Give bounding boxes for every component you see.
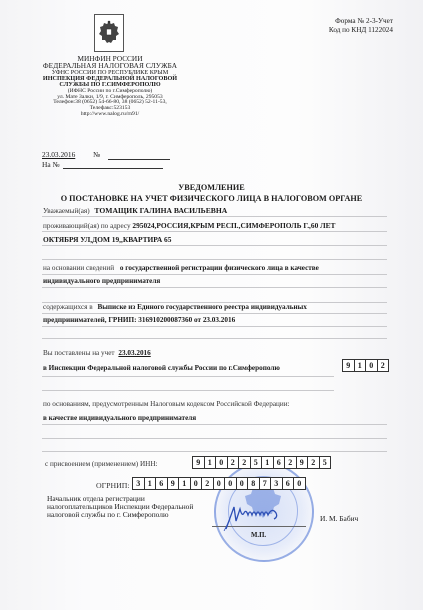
knd-code: Код по КНД 1122024 — [318, 26, 393, 35]
ogrnip-digit: 2 — [202, 478, 214, 489]
form-info: Форма № 2-3-Учет Код по КНД 1122024 — [318, 17, 393, 35]
signature-icon — [222, 503, 302, 531]
signatory-name: И. М. Бабич — [320, 514, 358, 523]
code-digit: 9 — [343, 360, 355, 371]
ogrnip-digit: 0 — [294, 478, 305, 489]
address-value-line1: 295024,РОССИЯ,КРЫМ РЕСП.,СИМФЕРОПОЛЬ Г.,… — [132, 221, 335, 230]
ogrnip-digit: 0 — [225, 478, 237, 489]
organization-header: МИНФИН РОССИИ ФЕДЕРАЛЬНАЯ НАЛОГОВАЯ СЛУЖ… — [36, 55, 184, 118]
registration-authority: в Инспекции Федеральной налоговой службы… — [43, 364, 280, 372]
inn-digit: 2 — [228, 457, 240, 468]
divider — [42, 451, 387, 452]
basis-value-line1: о государственной регистрации физическог… — [120, 264, 319, 272]
title-line1: УВЕДОМЛЕНИЕ — [0, 182, 423, 193]
source-value-line1: Выписке из Единого государственного реес… — [97, 303, 306, 311]
document-page: Форма № 2-3-Учет Код по КНД 1122024 МИНФ… — [0, 0, 423, 610]
registration-date: 23.03.2016 — [118, 349, 150, 357]
signatory-title: Начальник отдела регистрации налогоплате… — [47, 495, 193, 520]
basis-label: на основании сведений — [43, 264, 114, 272]
divider — [42, 245, 387, 246]
source-line1: содержащихся в Выписке из Единого госуда… — [43, 303, 307, 311]
basis-value-line2: индивидуального предпринимателя — [43, 277, 160, 285]
inn-digit: 6 — [274, 457, 286, 468]
form-number: Форма № 2-3-Учет — [318, 17, 393, 26]
divider — [42, 326, 387, 327]
address-value-line2: ОКТЯБРЯ УЛ,ДОМ 19,,КВАРТИРА 65 — [43, 235, 171, 244]
ogrnip-digit: 1 — [179, 478, 191, 489]
divider — [42, 338, 387, 339]
reference-block: 23.03.2016 № На № — [42, 150, 170, 169]
ogrnip-digit: 9 — [168, 478, 180, 489]
inn-digit: 2 — [285, 457, 297, 468]
document-title: УВЕДОМЛЕНИЕ О ПОСТАНОВКЕ НА УЧЕТ ФИЗИЧЕС… — [0, 182, 423, 204]
ogrnip-digit: 1 — [145, 478, 157, 489]
ogrnip-digit: 6 — [283, 478, 295, 489]
recipient-name: ТОМАЩИК ГАЛИНА ВАСИЛЬЕВНА — [94, 206, 227, 215]
title-line2: О ПОСТАНОВКЕ НА УЧЕТ ФИЗИЧЕСКОГО ЛИЦА В … — [0, 193, 423, 204]
inn-digit: 9 — [193, 457, 205, 468]
divider — [42, 259, 387, 260]
ogrnip-label: ОГРНИП: — [96, 481, 130, 490]
address-label: проживающий(ая) по адресу — [43, 222, 131, 230]
divider — [42, 231, 387, 232]
inn-digit: 2 — [308, 457, 320, 468]
ogrnip-boxes: 3 1 6 9 1 0 2 0 0 0 8 7 3 6 0 — [132, 477, 306, 490]
source-label: содержащихся в — [43, 303, 93, 311]
code-digit: 2 — [378, 360, 389, 371]
recipient-line: Уважаемый(ая) ТОМАЩИК ГАЛИНА ВАСИЛЬЕВНА — [43, 206, 227, 215]
code-digit: 0 — [366, 360, 378, 371]
divider — [42, 287, 387, 288]
registration-line: Вы поставлены на учет 23.03.2016 — [43, 349, 151, 357]
ogrnip-digit: 3 — [271, 478, 283, 489]
divider — [42, 274, 387, 275]
code-digit: 1 — [355, 360, 367, 371]
inn-digit: 9 — [297, 457, 309, 468]
inn-label: с присвоением (применением) ИНН: — [45, 460, 158, 468]
reply-to-value — [63, 168, 163, 169]
ogrnip-digit: 3 — [133, 478, 145, 489]
signatory-title-line3: налоговой службы по г. Симферополю — [47, 511, 193, 519]
divider — [42, 376, 334, 377]
russian-coat-of-arms-icon — [94, 14, 124, 52]
source-value-line2: предпринимателей, ГРНИП: 316910200087360… — [43, 316, 235, 324]
inn-digit: 0 — [216, 457, 228, 468]
inn-digit: 1 — [262, 457, 274, 468]
document-date: 23.03.2016 — [42, 150, 75, 159]
divider — [42, 390, 334, 391]
divider — [42, 438, 387, 439]
inn-digit: 2 — [239, 457, 251, 468]
grounds-label: по основаниям, предусмотренным Налоговым… — [43, 400, 290, 408]
divider — [42, 216, 387, 217]
inn-boxes: 9 1 0 2 2 5 1 6 2 9 2 5 — [192, 456, 331, 469]
authority-code-boxes: 9 1 0 2 — [342, 359, 389, 372]
ogrnip-digit: 0 — [191, 478, 203, 489]
ogrnip-digit: 8 — [248, 478, 260, 489]
divider — [42, 424, 387, 425]
seal-label: М.П. — [251, 532, 266, 539]
inn-digit: 1 — [205, 457, 217, 468]
reply-to-label: На № — [42, 160, 60, 169]
organization-website: http://www.nalog.ru/rn91/ — [36, 112, 184, 118]
ogrnip-digit: 7 — [260, 478, 272, 489]
ogrnip-digit: 0 — [214, 478, 226, 489]
registration-label: Вы поставлены на учет — [43, 349, 115, 357]
greeting-label: Уважаемый(ая) — [43, 207, 90, 215]
ogrnip-digit: 0 — [237, 478, 249, 489]
inn-digit: 5 — [320, 457, 331, 468]
basis-line1: на основании сведений о государственной … — [43, 264, 319, 272]
inn-digit: 5 — [251, 457, 263, 468]
ogrnip-digit: 6 — [156, 478, 168, 489]
divider — [42, 313, 387, 314]
address-line1: проживающий(ая) по адресу 295024,РОССИЯ,… — [43, 221, 336, 230]
grounds-value: в качестве индивидуального предпринимате… — [43, 414, 196, 422]
number-label: № — [93, 150, 100, 159]
